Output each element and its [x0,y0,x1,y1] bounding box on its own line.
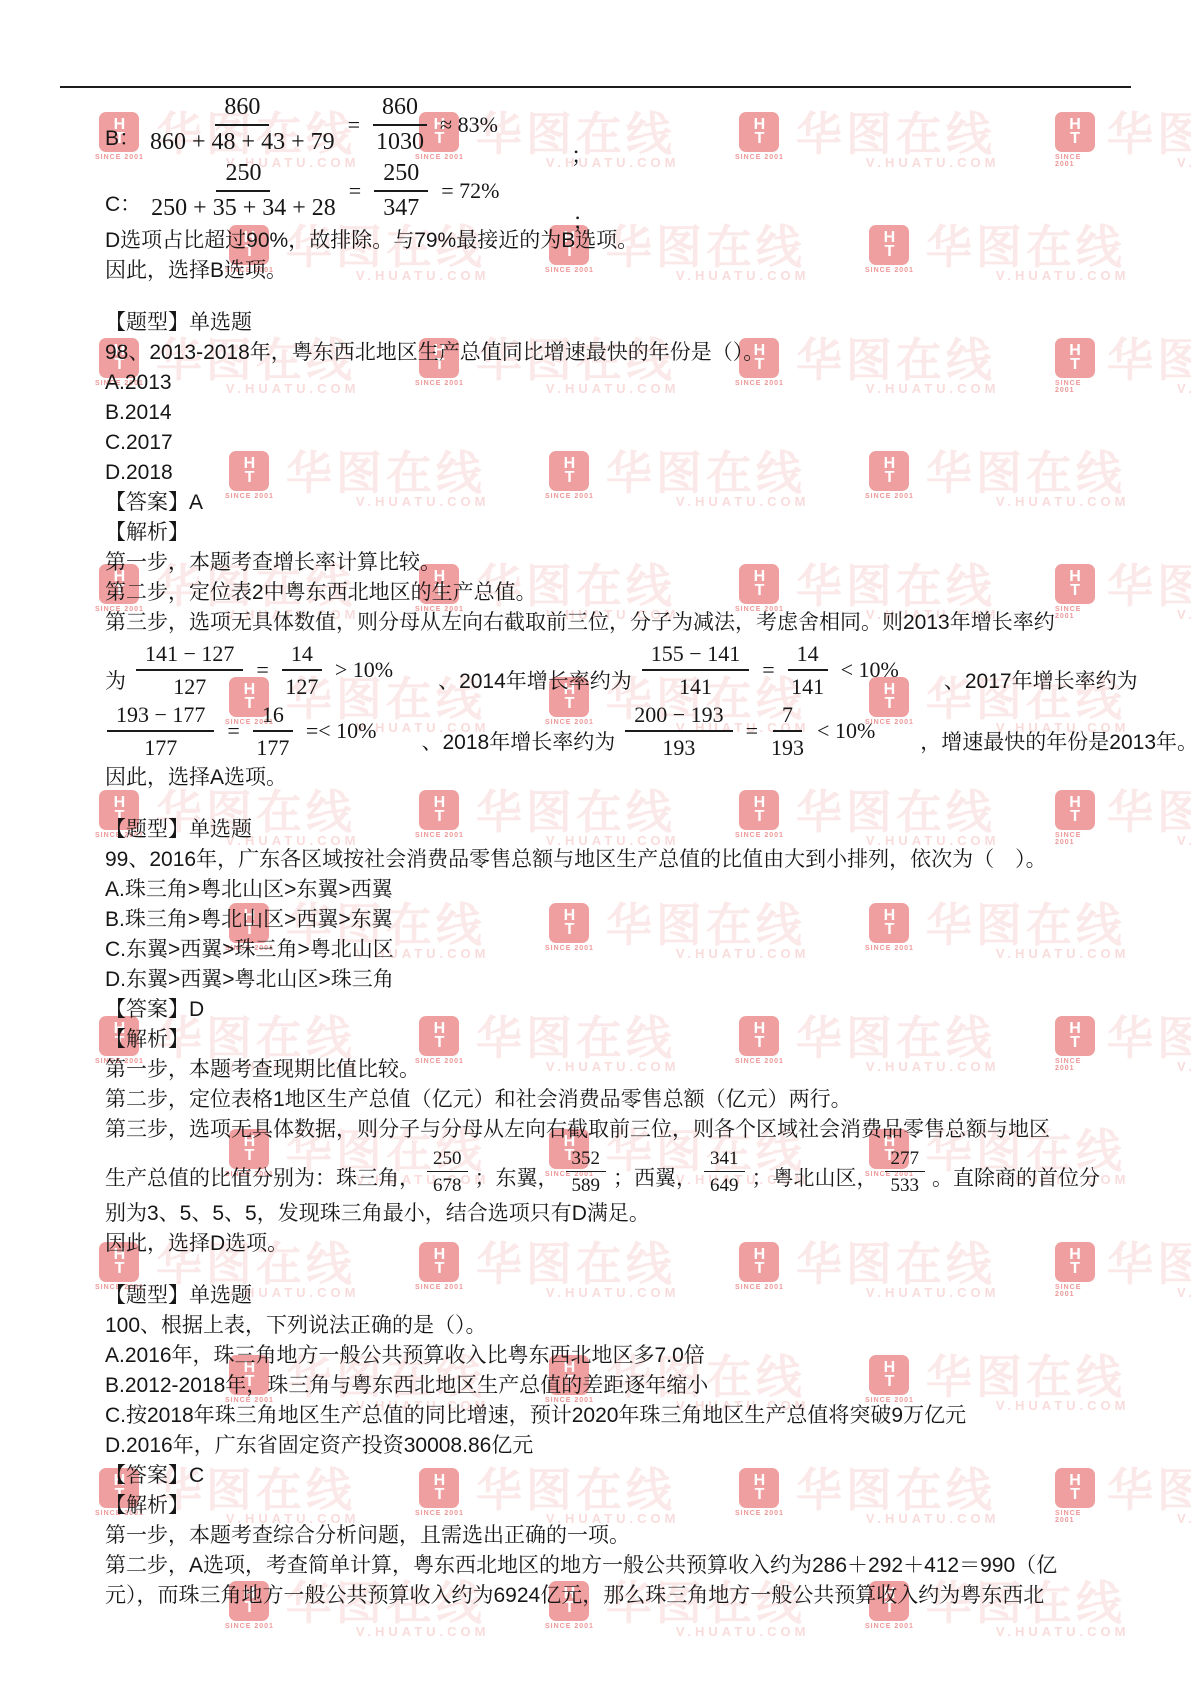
math-operator: = [349,178,361,204]
q100-answer: 【答案】C [105,1461,1131,1491]
fraction-group: 141 − 127127 = 14127 > 10% [134,641,404,699]
numerator: 250 [427,1148,468,1172]
fraction: 352589 [566,1148,607,1196]
q99-step3: 第三步，选项无具体数据，则分子与分母从左向右截取前三位，则各个区域社会消费品零售… [105,1115,1131,1145]
numerator: 860 [215,94,269,126]
q100-option-d: D.2016年，广东省固定资产投资30008.86亿元 [105,1431,1131,1461]
numerator: 250 [216,160,270,192]
q100-option-a: A.2016年，珠三角地方一般公共预算收入比粤东西北地区多7.0倍 [105,1341,1131,1371]
fraction-group: 860860 + 48 + 43 + 79 = 8601030 ≈ 83% [148,94,509,156]
math-comparison: = 72% [441,178,499,204]
math-text: 为 [105,668,126,699]
q99-ratio-line: 生产总值的比值分别为：珠三角， 250678 ；东翼， 352589 ；西翼， … [105,1148,1131,1196]
q100-type-label: 【题型】单选题 [105,1281,1131,1311]
q99-question: 99、2016年，广东各区域按社会消费品零售总额与地区生产总值的比值由大到小排列… [105,845,1131,875]
math-comparison: < 10% [841,657,899,683]
denominator: 127 [285,671,318,699]
denominator: 589 [572,1172,601,1196]
fraction: 250678 [427,1148,468,1196]
numerator: 14 [788,641,828,671]
block-gap [105,1259,1131,1281]
q98-step2: 第二步，定位表2中粤东西北地区的生产总值。 [105,578,1131,608]
numerator: 352 [566,1148,607,1172]
denominator: 860 + 48 + 43 + 79 [150,126,335,156]
numerator: 860 [373,94,427,126]
document-content: B： 860860 + 48 + 43 + 79 = 8601030 ≈ 83%… [0,0,1191,1611]
math-comparison: =< 10% [306,718,377,744]
conclusion-line-b: 因此，选择B选项。 [105,256,1131,286]
q98-step1: 第一步，本题考查增长率计算比较。 [105,548,1131,578]
math-text: ，增速最快的年份是2013年。 [920,729,1191,760]
fraction: 141 − 127127 [136,641,243,699]
q99-option-c: C.东翼>西翼>珠三角>粤北山区 [105,935,1131,965]
watermark-since-text: SINCE 2001 [225,1623,274,1630]
denominator: 533 [891,1172,920,1196]
q98-formula-line-1: 为 141 − 127127 = 14127 > 10% 、2014年增长率约为… [105,641,1131,699]
q100-step2-line1: 第二步，A选项，考查简单计算，粤东西北地区的地方一般公共预算收入约为286＋29… [105,1551,1131,1581]
denominator: 193 [662,732,695,760]
math-comparison: > 10% [335,657,393,683]
q99-option-d: D.东翼>西翼>粤北山区>珠三角 [105,965,1131,995]
q99-conclusion: 因此，选择D选项。 [105,1229,1131,1259]
q99-answer: 【答案】D [105,995,1131,1025]
math-operator: = [762,657,774,683]
denominator: 347 [383,192,419,222]
q100-step1: 第一步，本题考查综合分析问题，且需选出正确的一项。 [105,1521,1131,1551]
option-c-label: C： [105,191,141,222]
fraction: 193 − 177177 [107,702,214,760]
numerator: 250 [374,160,428,192]
q99-step1: 第一步，本题考查现期比值比较。 [105,1055,1131,1085]
explanation-line-d: D选项占比超过90%，故排除。与79%最接近的为B选项。 [105,226,1131,256]
option-b-label: B： [105,125,140,156]
watermark-since-text: SINCE 2001 [865,1623,914,1630]
denominator: 678 [433,1172,462,1196]
denominator: 177 [256,732,289,760]
fraction: 155 − 141141 [642,641,749,699]
watermark-domain-text: V.HUATU.COM [676,1624,810,1639]
numerator: 7 [773,702,802,732]
denominator: 1030 [376,126,424,156]
denominator: 127 [173,671,206,699]
math-comparison: < 10% [817,718,875,744]
block-gap [105,286,1131,308]
fraction-group: 155 − 141141 = 14141 < 10% [640,641,910,699]
math-text: ；西翼， [613,1165,697,1196]
q100-step2-line2: 元），而珠三角地方一般公共预算收入约为6924亿元，那么珠三角地方一般公共预算收… [105,1581,1131,1611]
denominator: 649 [710,1172,739,1196]
numerator: 155 − 141 [642,641,749,671]
fraction: 200 − 193193 [625,702,732,760]
exam-document-page: HTSINCE 2001华图在线V.HUATU.COMHTSINCE 2001华… [0,0,1191,1684]
watermark-since-text: SINCE 2001 [545,1623,594,1630]
block-gap [105,793,1131,815]
top-divider [60,86,1131,88]
fraction-group: 193 − 177177 = 16177 =< 10% [105,702,387,760]
formula-row-option-c: C： 250250 + 35 + 34 + 28 = 250347 = 72% … [105,160,1131,222]
math-text: 、2018年增长率约为 [421,729,615,760]
formula-row-option-b: B： 860860 + 48 + 43 + 79 = 8601030 ≈ 83%… [105,94,1131,156]
denominator: 141 [791,671,824,699]
q98-conclusion: 因此，选择A选项。 [105,763,1131,793]
numerator: 16 [253,702,293,732]
denominator: 250 + 35 + 34 + 28 [151,192,336,222]
math-text: 、2017年增长率约为 [944,668,1138,699]
numerator: 14 [282,641,322,671]
formula-semicolon: ； [571,139,593,170]
q99-type-label: 【题型】单选题 [105,815,1131,845]
q99-wrap-line: 别为3、5、5、5，发现珠三角最小，结合选项只有D满足。 [105,1199,1131,1229]
math-text: ；东翼， [475,1165,559,1196]
q98-option-d: D.2018 [105,458,1131,488]
numerator: 200 − 193 [625,702,732,732]
math-text: 生产总值的比值分别为：珠三角， [105,1165,420,1196]
fraction: 16177 [253,702,293,760]
numerator: 193 − 177 [107,702,214,732]
math-operator: = [746,718,758,744]
math-comparison: ≈ 83% [440,112,498,138]
q99-option-a: A.珠三角>粤北山区>东翼>西翼 [105,875,1131,905]
q98-option-b: B.2014 [105,398,1131,428]
q98-question: 98、2013-2018年，粤东西北地区生产总值同比增速最快的年份是（）。 [105,338,1131,368]
fraction: 250347 [374,160,428,222]
q98-formula-line-2: 193 − 177177 = 16177 =< 10% 、2018年增长率约为 … [105,702,1131,760]
numerator: 141 − 127 [136,641,243,671]
math-text: ；粤北山区， [752,1165,878,1196]
math-operator: = [348,112,360,138]
q100-option-b: B.2012-2018年，珠三角与粤东西北地区生产总值的差距逐年缩小 [105,1371,1131,1401]
fraction: 860860 + 48 + 43 + 79 [150,94,335,156]
denominator: 177 [144,732,177,760]
denominator: 193 [771,732,804,760]
q98-option-c: C.2017 [105,428,1131,458]
numerator: 341 [704,1148,745,1172]
q98-step3: 第三步，选项无具体数值，则分母从左向右截取前三位，分子为减法，考虑舍相同。则20… [105,608,1131,638]
fraction: 8601030 [373,94,427,156]
math-text: 、2014年增长率约为 [438,668,632,699]
fraction: 7193 [771,702,804,760]
q98-option-a: A.2013 [105,368,1131,398]
fraction: 250250 + 35 + 34 + 28 [151,160,336,222]
math-operator: = [227,718,239,744]
fraction: 14141 [788,641,828,699]
q98-analysis-label: 【解析】 [105,518,1131,548]
q100-question: 100、根据上表，下列说法正确的是（）。 [105,1311,1131,1341]
q100-option-c: C.按2018年珠三角地区生产总值的同比增速，预计2020年珠三角地区生产总值将… [105,1401,1131,1431]
q99-step2: 第二步，定位表格1地区生产总值（亿元）和社会消费品零售总额（亿元）两行。 [105,1085,1131,1115]
fraction-group: 200 − 193193 = 7193 < 10% [623,702,886,760]
math-operator: = [256,657,268,683]
formula-semicolon: ； [572,205,594,236]
q99-option-b: B.珠三角>粤北山区>西翼>东翼 [105,905,1131,935]
fraction: 14127 [282,641,322,699]
q98-type-label: 【题型】单选题 [105,308,1131,338]
watermark-domain-text: V.HUATU.COM [356,1624,490,1639]
denominator: 141 [679,671,712,699]
math-text: 。直除商的首位分 [932,1165,1100,1196]
fraction: 341649 [704,1148,745,1196]
q99-analysis-label: 【解析】 [105,1025,1131,1055]
watermark-domain-text: V.HUATU.COM [996,1624,1130,1639]
numerator: 277 [885,1148,926,1172]
q98-answer: 【答案】A [105,488,1131,518]
fraction: 277533 [885,1148,926,1196]
q100-analysis-label: 【解析】 [105,1491,1131,1521]
fraction-group: 250250 + 35 + 34 + 28 = 250347 = 72% [149,160,510,222]
